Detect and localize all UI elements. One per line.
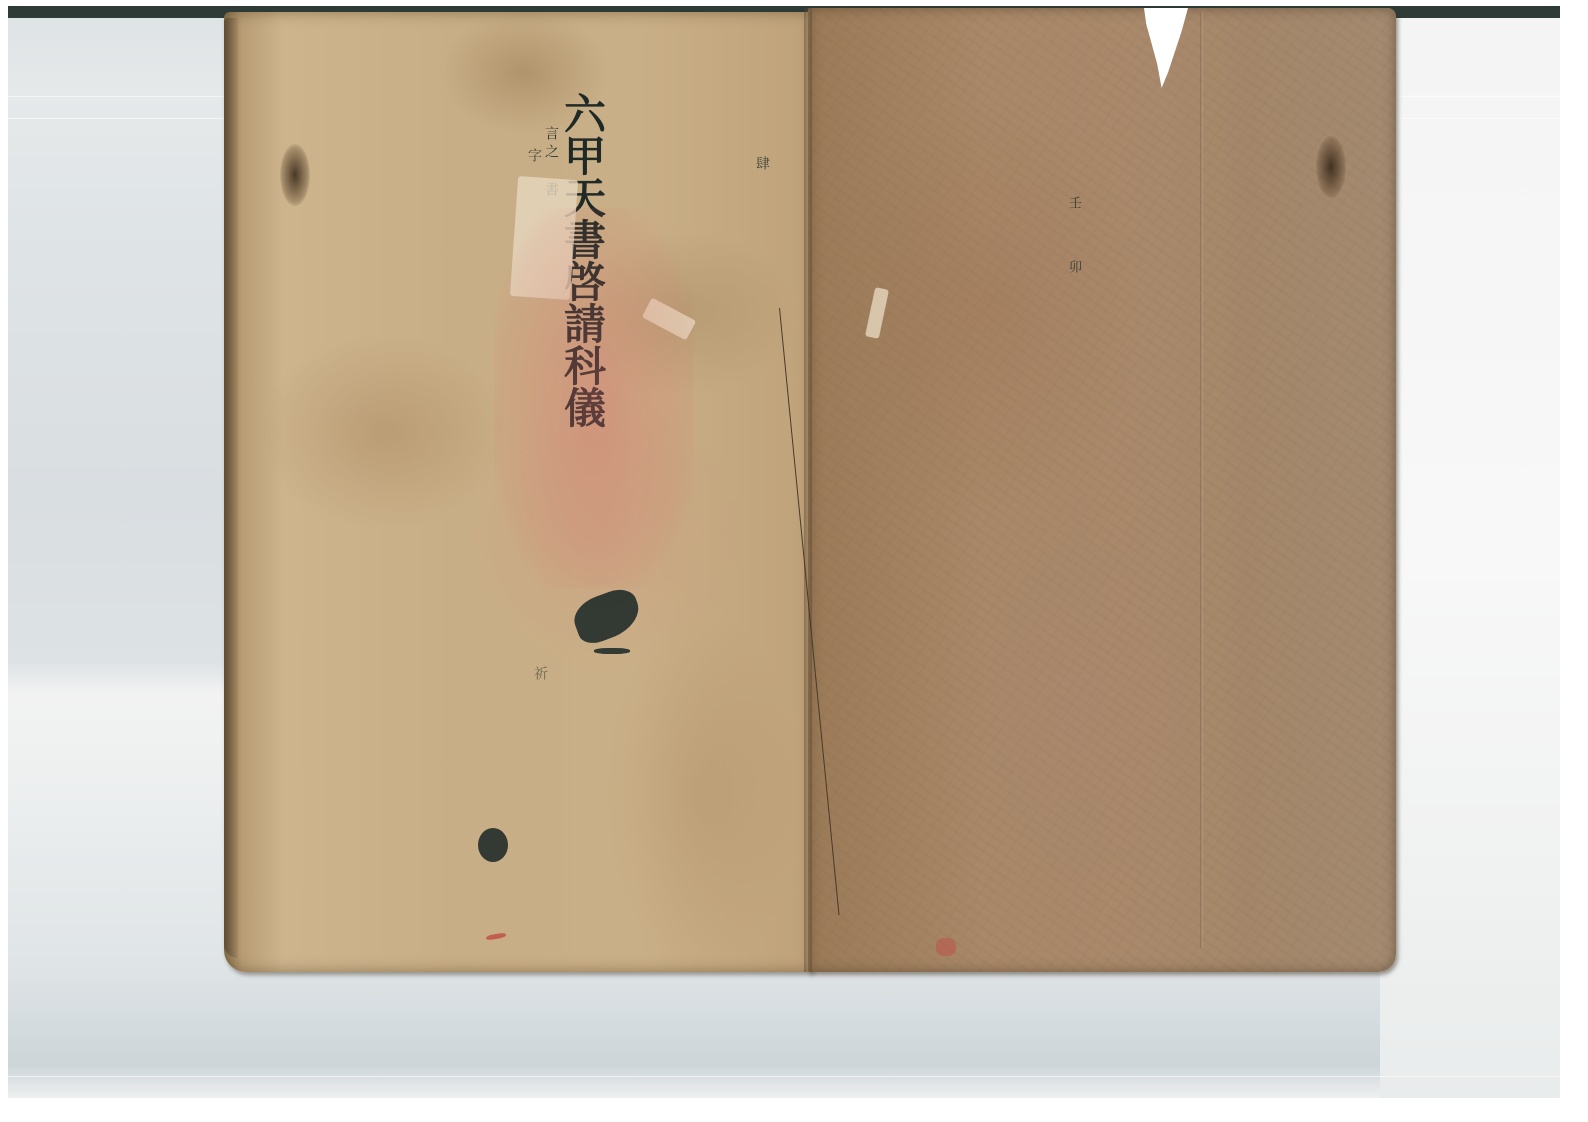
spine-seam	[804, 8, 812, 972]
back-cover-label: 壬 卯	[1064, 196, 1083, 291]
red-mark	[936, 938, 956, 956]
binding-hole	[280, 144, 310, 206]
faint-text-right: 肆	[752, 156, 772, 170]
ink-stroke	[594, 648, 630, 654]
open-book: 言之 書 六甲天書啓請科儀 字 肆 祈 壬 卯	[224, 8, 1396, 972]
faint-text-center: 字	[524, 148, 544, 162]
binding-edge	[224, 18, 238, 958]
scan-line	[8, 1076, 1560, 1077]
ink-blot	[478, 828, 508, 862]
faint-text-lower: 祈	[530, 666, 550, 680]
back-cover	[808, 8, 1396, 972]
back-cover-fold-line	[1200, 12, 1203, 948]
binding-hole	[1316, 136, 1346, 198]
scanner-bed-right-area	[1380, 6, 1560, 1098]
faded-red-stamp	[494, 208, 694, 588]
